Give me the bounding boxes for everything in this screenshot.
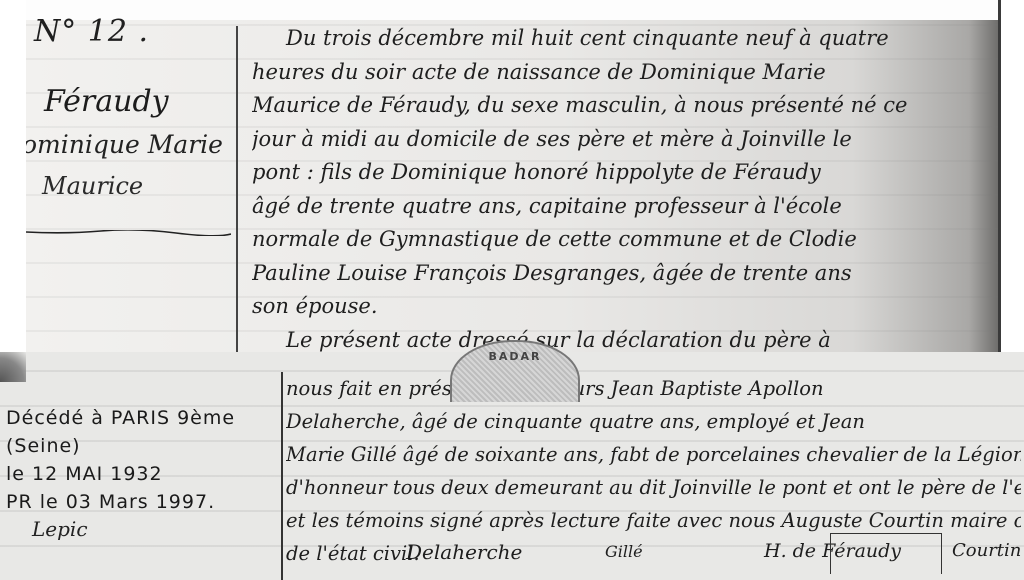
text-line: Pauline Louise François Desgranges, âgée… [252,257,992,291]
text-line: pont : fils de Dominique honoré hippolyt… [252,156,992,190]
text-line: heures du soir acte de naissance de Domi… [252,56,992,90]
seal-text: BADAR [452,350,578,363]
birth-act-text: Du trois décembre mil huit cent cinquant… [252,22,992,357]
text-line: jour à midi au domicile de ses père et m… [252,123,992,157]
signature-bracket [830,533,942,574]
column-divider [281,372,283,580]
death-mention-line: le 12 MAI 1932 [6,460,276,488]
death-mention-line: (Seine) [6,432,276,460]
signature-delaherche: Delaherche [406,540,522,564]
text-line: nous fait en présence des sieurs Jean Ba… [286,372,1021,405]
act-number: N° 12 . [34,14,149,49]
death-mention-line: PR le 03 Mars 1997. [6,488,276,516]
signature-courtin: Courtin [952,540,1021,561]
text-line: Delaherche, âgé de cinquante quatre ans,… [286,405,1021,438]
official-seal-stamp: BADAR [450,340,580,402]
column-divider [236,26,238,366]
text-line: âgé de trente quatre ans, capitaine prof… [252,190,992,224]
margin-wavy-rule [26,230,231,236]
death-mention-signature: Lepic [6,516,276,542]
text-line: Maurice de Féraudy, du sexe masculin, à … [252,89,992,123]
text-line: d'honneur tous deux demeurant au dit Joi… [286,471,1021,504]
text-line: Marie Gillé âgé de soixante ans, fabt de… [286,438,1021,471]
upper-register-page: N° 12 . Féraudy ominique Marie Maurice D… [26,0,1001,367]
margin-given-names-2: Maurice [42,172,143,200]
scan-edge-shadow [0,352,26,382]
death-mention: Décédé à PARIS 9ème (Seine) le 12 MAI 19… [6,404,276,542]
death-mention-line: Décédé à PARIS 9ème [6,404,276,432]
text-line: Du trois décembre mil huit cent cinquant… [252,22,992,56]
margin-surname: Féraudy [44,84,169,119]
text-line: normale de Gymnastique de cette commune … [252,223,992,257]
signature-gille: Gillé [605,542,643,561]
margin-column: N° 12 . Féraudy ominique Marie Maurice [26,0,236,364]
text-line: son épouse. [252,290,992,324]
margin-given-names: ominique Marie [26,130,223,159]
